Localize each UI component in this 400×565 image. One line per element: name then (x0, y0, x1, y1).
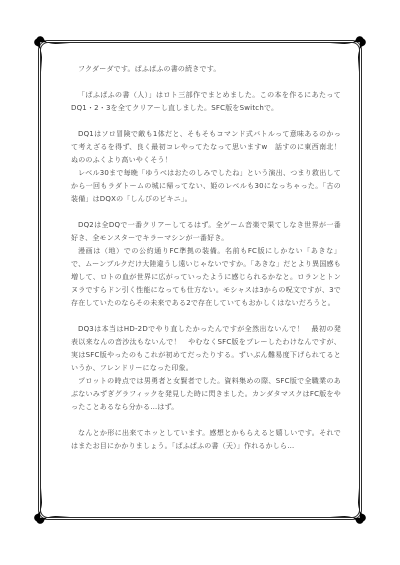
paragraph-manga-notes: 漫画は（地）での公約通りFC準拠の装備。名前もFC版にしかない「あきな」で、ムー… (71, 245, 341, 310)
page: フクダーダです。ぱふぱふの書の続きです。 「ぱふぱふの書（人）」はロト三部作でま… (0, 0, 400, 565)
paragraph-dq3: DQ3は本当はHD-2Dでやり直したかったんですが全然出ないんで！ 最初の発表以… (71, 323, 341, 375)
paragraph-closing: なんとか形に出来てホッとしています。感想とかもらえると嬉しいです。それではまたお… (71, 427, 341, 453)
afterword-text: フクダーダです。ぱふぱふの書の続きです。 「ぱふぱふの書（人）」はロト三部作でま… (41, 43, 359, 517)
paragraph-plot-notes: プロットの時点では男勇者と女賢者でした。資料集めの際、SFC版で全職業のあぶない… (71, 375, 341, 414)
paragraph-book-intro: 「ぱふぱふの書（人）」はロト三部作でまとめました。この本を作るにあたってDQ1・… (71, 89, 341, 115)
paragraph-dq1-part2: レベル30まで毎晩「ゆうべはおたのしみでしたね」という演出、つまり救出してから一… (71, 167, 341, 206)
paragraph-greeting: フクダーダです。ぱふぱふの書の続きです。 (71, 63, 341, 76)
paragraph-dq1-part1: DQ1はソロ冒険で敵も1体だと、そもそもコマンド式バトルって意味あるのかって考え… (71, 128, 341, 167)
paragraph-dq2: DQ2は全DQで一番クリアーしてるはず。全ゲーム音楽で果てしなき世界が一番好き、… (71, 219, 341, 245)
decorative-frame: フクダーダです。ぱふぱふの書の続きです。 「ぱふぱふの書（人）」はロト三部作でま… (38, 40, 362, 520)
